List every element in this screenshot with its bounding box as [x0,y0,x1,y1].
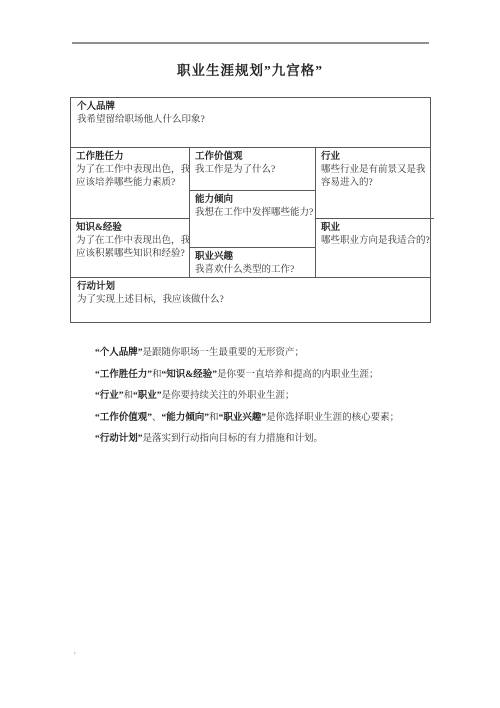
cell-title: 行业 [321,151,430,164]
cell-question: 我希望留给职场他人什么印象? [77,114,424,127]
note-term: “能力倾向” [162,413,210,423]
note-text: 是你选择职业生涯的核心要素； [266,413,399,423]
note-line: “个人品牌”是跟随你职场一生最重要的无形资产； [95,347,399,360]
grid-left-column: 工作胜任力 为了在工作中表现出色，我 应该培养哪些能力素质? 知识&经验 为了在… [71,148,190,277]
header-rule [72,42,429,44]
note-text: 和 [124,391,134,401]
cell-title: 工作价值观 [195,151,311,164]
note-term: “个人品牌” [95,348,143,358]
cell-career-interest: 职业兴趣 我喜欢什么类型的工作? [190,248,315,277]
cell-industry: 行业 哪些行业是有前景又是我 容易进入的? [316,148,434,219]
note-line: “工作价值观”、“能力倾向”和“职业兴趣”是你选择职业生涯的核心要素； [95,412,399,425]
cell-work-competence: 工作胜任力 为了在工作中表现出色，我 应该培养哪些能力素质? [71,148,189,219]
note-line: “行动计划”是落实到行动指向目标的有力措施和计划。 [95,433,399,446]
note-term: “工作价值观” [95,413,152,423]
cell-work-values: 工作价值观 我工作是为了什么? [190,148,315,191]
cell-title: 能力倾向 [195,194,311,207]
cell-title: 知识&经验 [76,222,185,235]
notes-list: “个人品牌”是跟随你职场一生最重要的无形资产；“工作胜任力”和“知识&经验”是你… [95,347,399,455]
stray-mark: ’ [73,651,76,662]
cell-personal-brand: 个人品牌 我希望留给职场他人什么印象? [71,98,430,148]
document-page: 职业生涯规划”九宫格” 个人品牌 我希望留给职场他人什么印象? 工作胜任力 为了… [0,0,500,708]
cell-occupation: 职业 哪些职业方向是我适合的? [316,219,434,277]
note-text: 是落实到行动指向目标的有力措施和计划。 [143,434,324,444]
note-term: “知识&经验” [162,370,217,380]
cell-question: 哪些行业是有前景又是我 容易进入的? [321,164,430,190]
note-term: “工作胜任力” [95,370,152,380]
cell-action-plan: 行动计划 为了实现上述目标，我应该做什么? [71,277,430,322]
note-text: 和 [209,413,219,423]
note-text: 是跟随你职场一生最重要的无形资产； [143,348,305,358]
cell-question: 为了在工作中表现出色，我 应该积累哪些知识和经验? [76,235,185,261]
cell-title: 行动计划 [77,281,424,294]
note-term: “行动计划” [95,434,143,444]
note-text: 、 [152,413,162,423]
grid-right-column: 行业 哪些行业是有前景又是我 容易进入的? 职业 哪些职业方向是我适合的? [316,148,434,277]
note-term: “职业” [133,391,162,401]
note-term: “行业” [95,391,124,401]
cell-ability-tendency: 能力倾向 我想在工作中发挥哪些能力? [190,191,315,248]
note-line: “行业”和“职业”是你要持续关注的外职业生涯； [95,390,399,403]
page-title: 职业生涯规划”九宫格” [0,59,500,79]
cell-title: 职业兴趣 [195,251,311,264]
cell-question: 我想在工作中发挥哪些能力? [195,207,311,220]
cell-question: 为了实现上述目标，我应该做什么? [77,294,424,307]
note-text: 是你要一直培养和提高的内职业生涯； [217,370,379,380]
cell-title: 个人品牌 [77,101,424,114]
cell-question: 哪些职业方向是我适合的? [321,235,430,248]
nine-grid-table: 个人品牌 我希望留给职场他人什么印象? 工作胜任力 为了在工作中表现出色，我 应… [70,97,431,323]
note-term: “职业兴趣” [219,413,267,423]
cell-title: 职业 [321,222,430,235]
grid-middle-band: 工作胜任力 为了在工作中表现出色，我 应该培养哪些能力素质? 知识&经验 为了在… [71,148,430,277]
note-text: 是你要持续关注的外职业生涯； [162,391,295,401]
cell-question: 我喜欢什么类型的工作? [195,264,311,277]
cell-question: 为了在工作中表现出色，我 应该培养哪些能力素质? [76,164,185,190]
cell-question: 我工作是为了什么? [195,164,311,177]
grid-center-column: 工作价值观 我工作是为了什么? 能力倾向 我想在工作中发挥哪些能力? 职业兴趣 … [190,148,316,277]
note-line: “工作胜任力”和“知识&经验”是你要一直培养和提高的内职业生涯； [95,369,399,382]
cell-knowledge-experience: 知识&经验 为了在工作中表现出色，我 应该积累哪些知识和经验? [71,219,189,277]
cell-title: 工作胜任力 [76,151,185,164]
note-text: 和 [152,370,162,380]
